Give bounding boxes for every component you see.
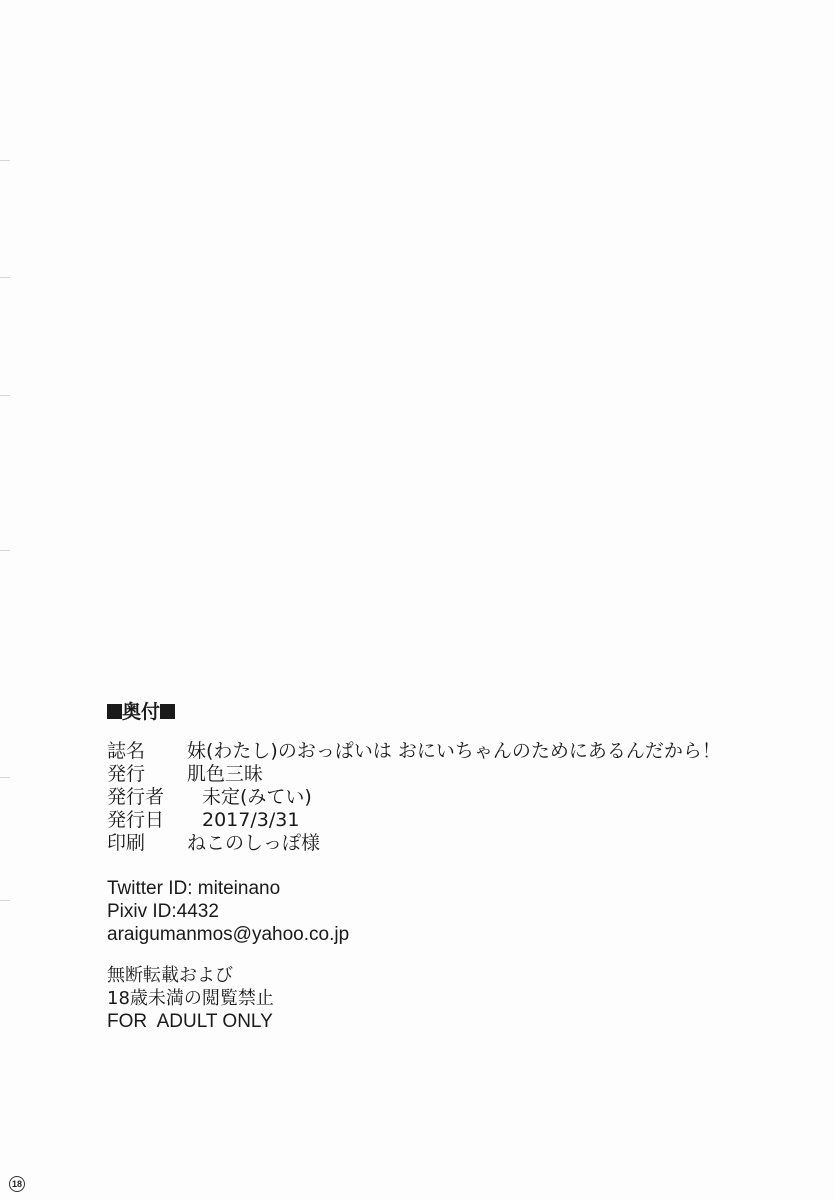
info-value: 肌色三昧 — [187, 763, 263, 786]
page-number-badge: 18 — [9, 1176, 25, 1192]
scan-edge-mark — [0, 900, 10, 901]
scan-edge-mark — [0, 777, 10, 778]
info-row-publisher: 発行 肌色三昧 — [107, 763, 807, 786]
info-label: 発行 — [107, 763, 187, 786]
notice-line: 18歳未満の閲覧禁止 — [107, 987, 807, 1010]
info-label: 発行日 — [107, 809, 202, 832]
scan-edge-mark — [0, 277, 10, 278]
info-row-title: 誌名 妹(わたし)のおっぱいは おにいちゃんのためにあるんだから！ — [107, 740, 807, 763]
colophon-heading: 奥付 — [107, 700, 807, 724]
twitter-id: Twitter ID: miteinano — [107, 877, 807, 900]
black-square-icon — [160, 704, 175, 719]
pixiv-id: Pixiv ID:4432 — [107, 900, 807, 923]
colophon: 奥付 誌名 妹(わたし)のおっぱいは おにいちゃんのためにあるんだから！ 発行 … — [107, 700, 807, 1033]
scan-edge-mark — [0, 395, 10, 396]
email-address: araigumanmos@yahoo.co.jp — [107, 923, 807, 946]
info-label: 誌名 — [107, 740, 187, 763]
scan-edge-mark — [0, 160, 10, 161]
info-value: ねこのしっぽ様 — [187, 832, 320, 855]
publication-info: 誌名 妹(わたし)のおっぱいは おにいちゃんのためにあるんだから！ 発行 肌色三… — [107, 740, 807, 855]
notice-line: FOR ADULT ONLY — [107, 1010, 807, 1033]
notice-line: 無断転載および — [107, 964, 807, 987]
info-label: 発行者 — [107, 786, 202, 809]
black-square-icon — [107, 704, 122, 719]
info-row-author: 発行者 未定(みてい) — [107, 786, 807, 809]
info-row-date: 発行日 2017/3/31 — [107, 809, 807, 832]
info-value: 未定(みてい) — [202, 786, 312, 809]
contact-info: Twitter ID: miteinano Pixiv ID:4432 arai… — [107, 877, 807, 946]
scan-edge-mark — [0, 550, 10, 551]
restriction-notice: 無断転載および 18歳未満の閲覧禁止 FOR ADULT ONLY — [107, 964, 807, 1033]
info-value: 2017/3/31 — [202, 809, 299, 832]
info-row-printer: 印刷 ねこのしっぽ様 — [107, 832, 807, 855]
colophon-heading-text: 奥付 — [122, 701, 160, 723]
document-page: 奥付 誌名 妹(わたし)のおっぱいは おにいちゃんのためにあるんだから！ 発行 … — [0, 0, 835, 1200]
info-label: 印刷 — [107, 832, 187, 855]
info-value: 妹(わたし)のおっぱいは おにいちゃんのためにあるんだから！ — [187, 740, 721, 763]
